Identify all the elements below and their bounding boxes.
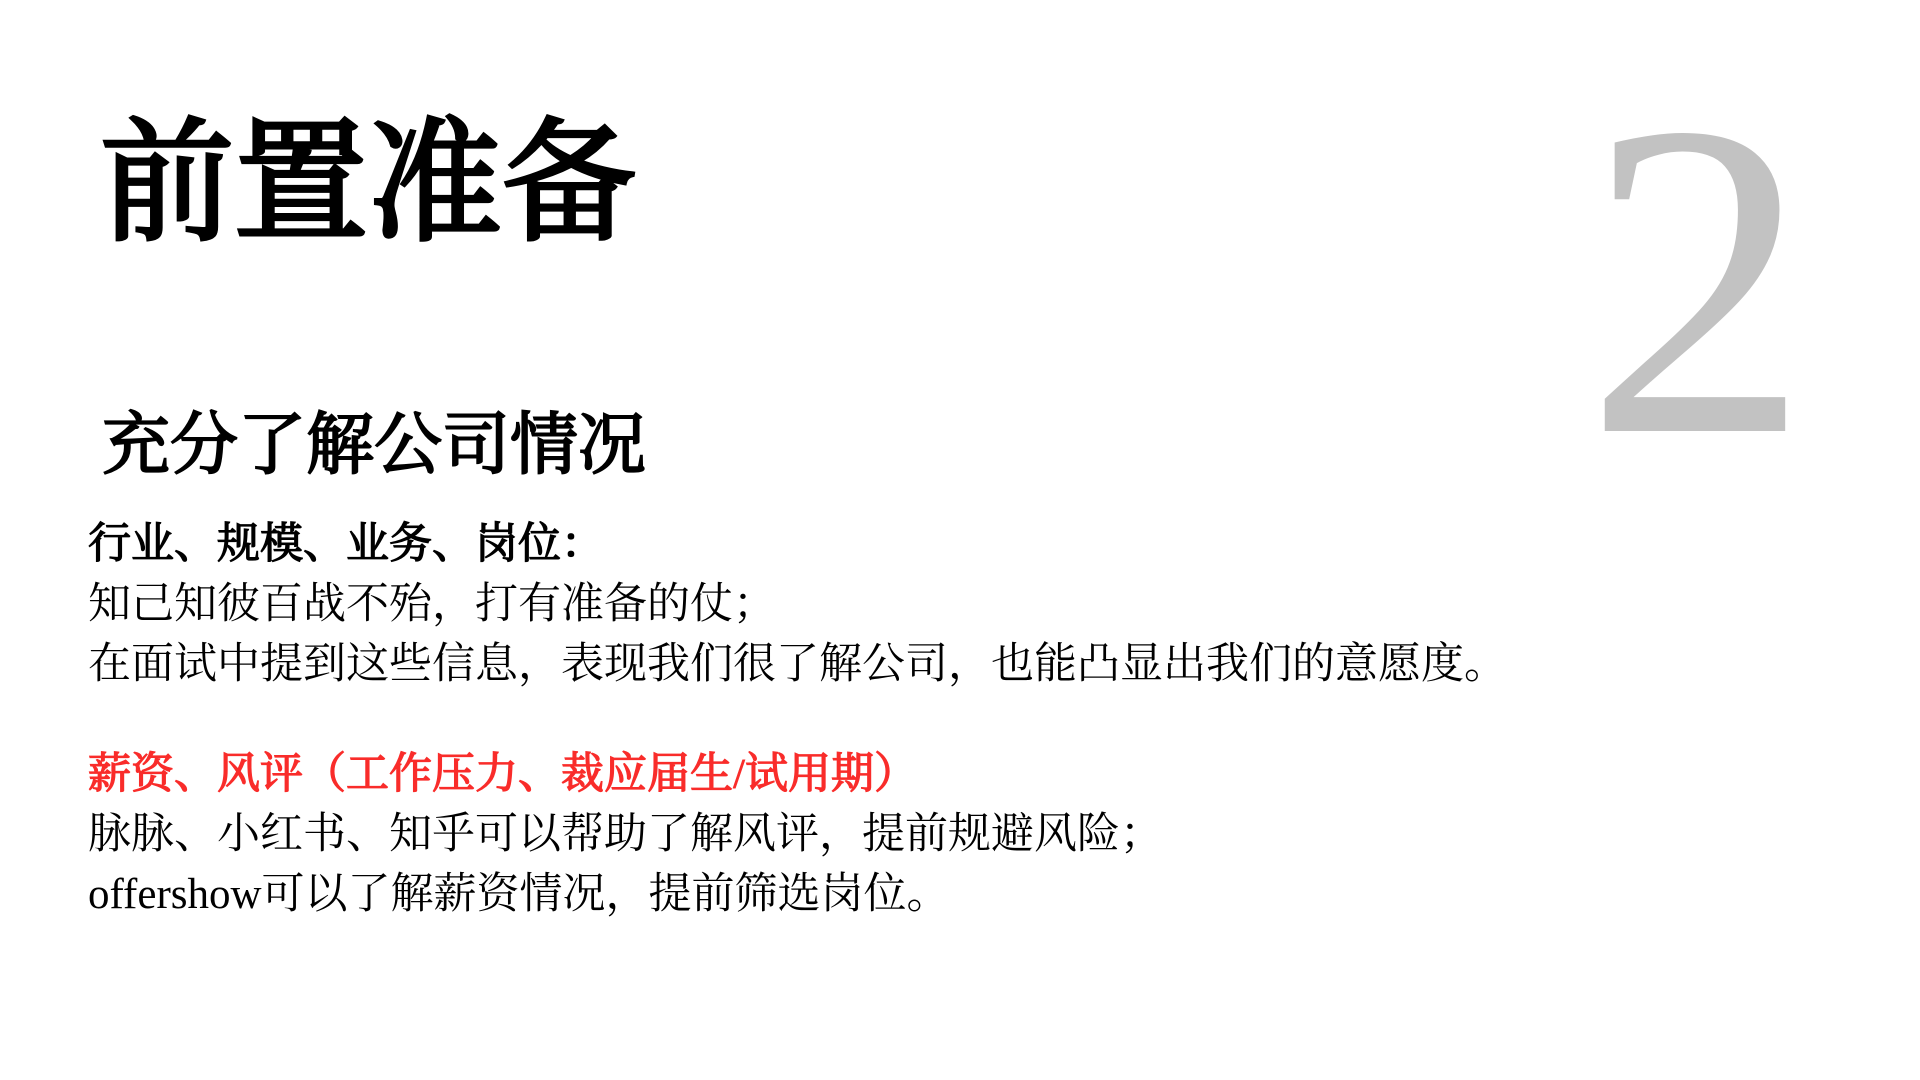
block1-line-2: 在面试中提到这些信息，表现我们很了解公司，也能凸显出我们的意愿度。	[88, 635, 1507, 695]
page-number: 2	[1585, 55, 1810, 505]
block2-lead-line: 薪资、风评（工作压力、裁应届生/试用期）	[88, 745, 1163, 805]
block2-line-1: 脉脉、小红书、知乎可以帮助了解风评，提前规避风险；	[88, 805, 1163, 865]
block2-line-2: offershow可以了解薪资情况，提前筛选岗位。	[88, 865, 1163, 925]
block1-line-1: 知己知彼百战不殆，打有准备的仗；	[88, 575, 1507, 635]
info-block-company: 行业、规模、业务、岗位： 知己知彼百战不殆，打有准备的仗； 在面试中提到这些信息…	[88, 515, 1507, 695]
slide-title: 前置准备	[100, 104, 636, 265]
block1-lead-line: 行业、规模、业务、岗位：	[88, 515, 1507, 575]
section-heading: 充分了解公司情况	[102, 405, 646, 487]
slide-canvas: 2 前置准备 充分了解公司情况 行业、规模、业务、岗位： 知己知彼百战不殆，打有…	[0, 0, 1920, 1080]
info-block-salary: 薪资、风评（工作压力、裁应届生/试用期） 脉脉、小红书、知乎可以帮助了解风评，提…	[88, 745, 1163, 925]
